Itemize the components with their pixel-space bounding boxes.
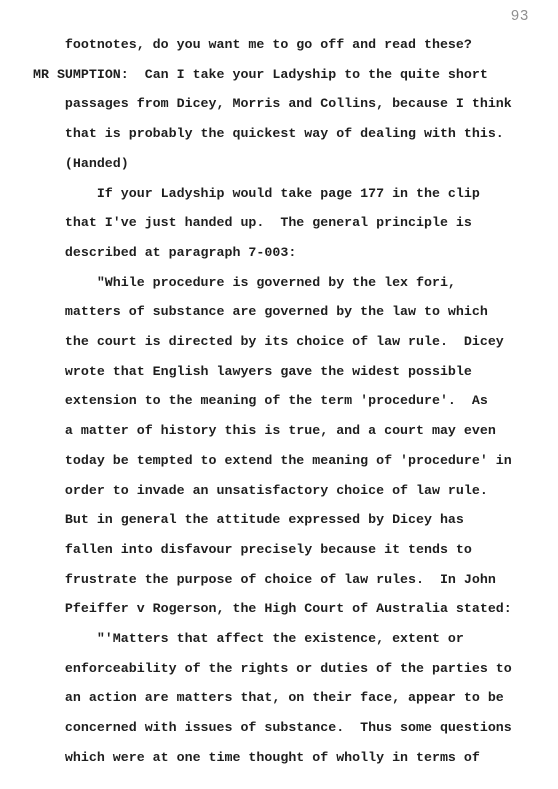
transcript-line: wrote that English lawyers gave the wide… — [33, 357, 543, 387]
transcript-line: extension to the meaning of the term 'pr… — [33, 386, 543, 416]
transcript-line: MR SUMPTION: Can I take your Ladyship to… — [33, 60, 543, 90]
transcript-line: a matter of history this is true, and a … — [33, 416, 543, 446]
transcript-line: order to invade an unsatisfactory choice… — [33, 476, 543, 506]
transcript-line: that I've just handed up. The general pr… — [33, 208, 543, 238]
transcript-page: 93 footnotes, do you want me to go off a… — [0, 0, 558, 789]
transcript-line: the court is directed by its choice of l… — [33, 327, 543, 357]
transcript-line: which were at one time thought of wholly… — [33, 743, 543, 773]
transcript-line: fallen into disfavour precisely because … — [33, 535, 543, 565]
transcript-line: If your Ladyship would take page 177 in … — [33, 179, 543, 209]
transcript-line: frustrate the purpose of choice of law r… — [33, 565, 543, 595]
transcript-line: Pfeiffer v Rogerson, the High Court of A… — [33, 594, 543, 624]
transcript-line: enforceability of the rights or duties o… — [33, 654, 543, 684]
transcript-line: "While procedure is governed by the lex … — [33, 268, 543, 298]
transcript-line: (Handed) — [33, 149, 543, 179]
transcript-line: concerned with issues of substance. Thus… — [33, 713, 543, 743]
transcript-line: But in general the attitude expressed by… — [33, 505, 543, 535]
transcript-line: that is probably the quickest way of dea… — [33, 119, 543, 149]
transcript-line: today be tempted to extend the meaning o… — [33, 446, 543, 476]
transcript-line: passages from Dicey, Morris and Collins,… — [33, 89, 543, 119]
transcript-line: matters of substance are governed by the… — [33, 297, 543, 327]
transcript-line: footnotes, do you want me to go off and … — [33, 30, 543, 60]
transcript-body: footnotes, do you want me to go off and … — [33, 30, 543, 773]
transcript-line: an action are matters that, on their fac… — [33, 683, 543, 713]
transcript-line: described at paragraph 7-003: — [33, 238, 543, 268]
transcript-line: "'Matters that affect the existence, ext… — [33, 624, 543, 654]
page-number: 93 — [511, 8, 529, 24]
